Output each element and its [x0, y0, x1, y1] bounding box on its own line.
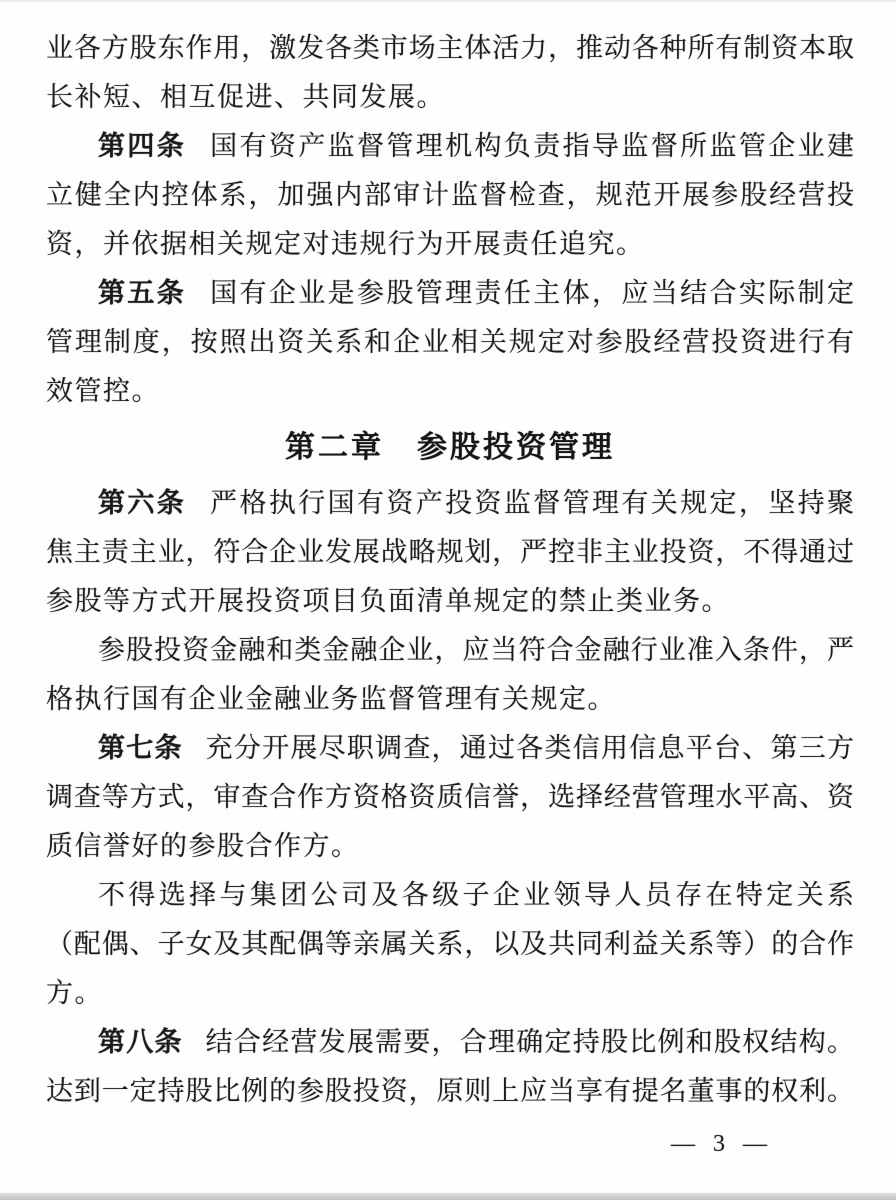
- line-text: 格执行国有企业金融业务监督管理有关规定。: [46, 684, 616, 714]
- line-text: 国有企业是参股管理责任主体，应当结合实际制定: [208, 278, 854, 308]
- line-text: 结合经营发展需要，合理确定持股比例和股权结构。: [204, 1027, 854, 1057]
- text-line: 管理制度，按照出资关系和企业相关规定对参股经营投资进行有: [46, 318, 854, 367]
- line-text: 充分开展尽职调查，通过各类信用信息平台、第三方: [204, 733, 854, 763]
- text-line: 资，并依据相关规定对违规行为开展责任追究。: [46, 220, 854, 269]
- text-line: 参股投资金融和类金融企业，应当符合金融行业准入条件，严: [46, 626, 854, 675]
- line-text: 立健全内控体系，加强内部审计监督检查，规范开展参股经营投: [46, 180, 854, 210]
- text-line: 第七条充分开展尽职调查，通过各类信用信息平台、第三方: [46, 724, 854, 773]
- line-text: 调查等方式，审查合作方资格资质信誉，选择经营管理水平高、资: [46, 782, 854, 812]
- scan-edge-top: [0, 0, 896, 2]
- text-line: 业各方股东作用，激发各类市场主体活力，推动各种所有制资本取: [46, 24, 854, 73]
- text-line: 参股等方式开展投资项目负面清单规定的禁止类业务。: [46, 577, 854, 626]
- line-text: 参股投资金融和类金融企业，应当符合金融行业准入条件，严: [98, 635, 854, 665]
- line-text: 方。: [46, 978, 103, 1008]
- text-line: 不得选择与集团公司及各级子企业领导人员存在特定关系: [46, 871, 854, 920]
- line-text: 质信誉好的参股合作方。: [46, 831, 360, 861]
- text-line: 格执行国有企业金融业务监督管理有关规定。: [46, 675, 854, 724]
- text-line: 第五条国有企业是参股管理责任主体，应当结合实际制定: [46, 269, 854, 318]
- text-line: 方。: [46, 969, 854, 1018]
- document-body: 业各方股东作用，激发各类市场主体活力，推动各种所有制资本取长补短、相互促进、共同…: [46, 24, 854, 1116]
- line-text: 国有资产监督管理机构负责指导监督所监管企业建: [208, 131, 854, 161]
- text-line: 第六条严格执行国有资产投资监督管理有关规定，坚持聚: [46, 479, 854, 528]
- article-number: 第八条: [98, 1027, 183, 1057]
- line-text: 不得选择与集团公司及各级子企业领导人员存在特定关系: [98, 880, 854, 910]
- text-line: 调查等方式，审查合作方资格资质信誉，选择经营管理水平高、资: [46, 773, 854, 822]
- text-line: 效管控。: [46, 367, 854, 416]
- line-text: 资，并依据相关规定对违规行为开展责任追究。: [46, 229, 645, 259]
- line-text: 效管控。: [46, 376, 160, 406]
- text-line: （配偶、子女及其配偶等亲属关系，以及共同利益关系等）的合作: [46, 920, 854, 969]
- article-number: 第七条: [98, 733, 183, 763]
- line-text: （配偶、子女及其配偶等亲属关系，以及共同利益关系等）的合作: [46, 929, 854, 959]
- text-line: 立健全内控体系，加强内部审计监督检查，规范开展参股经营投: [46, 171, 854, 220]
- line-text: 长补短、相互促进、共同发展。: [46, 82, 445, 112]
- line-text: 参股等方式开展投资项目负面清单规定的禁止类业务。: [46, 586, 730, 616]
- text-line: 第八条结合经营发展需要，合理确定持股比例和股权结构。: [46, 1018, 854, 1067]
- text-line: 长补短、相互促进、共同发展。: [46, 73, 854, 122]
- line-text: 焦主责主业，符合企业发展战略规划，严控非主业投资，不得通过: [46, 537, 854, 567]
- article-number: 第五条: [98, 278, 186, 308]
- line-text: 业各方股东作用，激发各类市场主体活力，推动各种所有制资本取: [46, 33, 854, 63]
- chapter-heading: 第二章 参股投资管理: [46, 416, 854, 479]
- page-number: — 3 —: [671, 1128, 773, 1160]
- line-text: 达到一定持股比例的参股投资，原则上应当享有提名董事的权利。: [46, 1076, 854, 1106]
- text-line: 焦主责主业，符合企业发展战略规划，严控非主业投资，不得通过: [46, 528, 854, 577]
- text-line: 第四条国有资产监督管理机构负责指导监督所监管企业建: [46, 122, 854, 171]
- line-text: 管理制度，按照出资关系和企业相关规定对参股经营投资进行有: [46, 327, 854, 357]
- text-line: 达到一定持股比例的参股投资，原则上应当享有提名董事的权利。: [46, 1067, 854, 1116]
- text-line: 质信誉好的参股合作方。: [46, 822, 854, 871]
- scan-edge-bottom: [0, 1193, 896, 1200]
- line-text: 严格执行国有资产投资监督管理有关规定，坚持聚: [208, 488, 854, 518]
- scanned-document-page: 业各方股东作用，激发各类市场主体活力，推动各种所有制资本取长补短、相互促进、共同…: [0, 0, 896, 1200]
- article-number: 第四条: [98, 131, 186, 161]
- article-number: 第六条: [98, 488, 186, 518]
